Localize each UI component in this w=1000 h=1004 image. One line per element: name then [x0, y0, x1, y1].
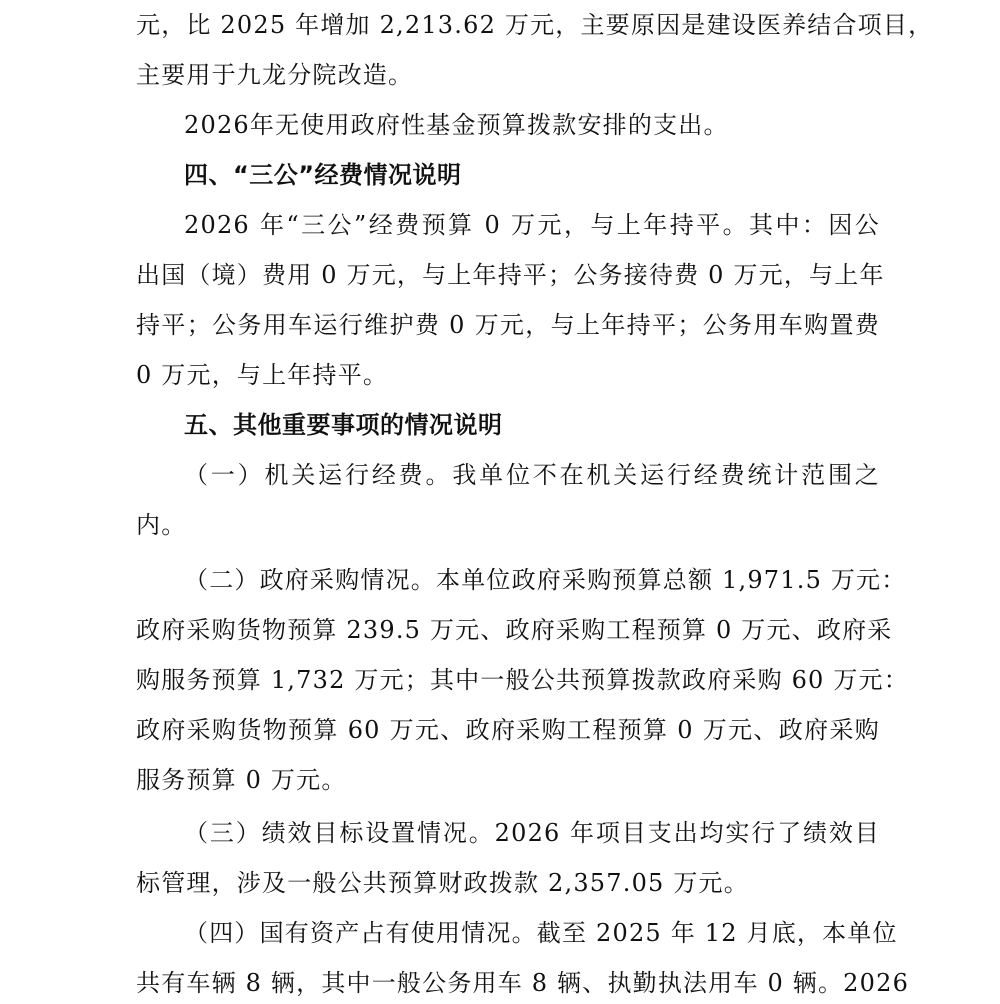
paragraph-line: 持平；公务用车运行维护费 0 万元，与上年持平；公务用车购置费: [136, 310, 880, 340]
paragraph-line: 0 万元，与上年持平。: [136, 360, 880, 390]
section-heading-other-matters: 五、其他重要事项的情况说明: [184, 410, 880, 440]
paragraph-line: 政府采购货物预算 60 万元、政府采购工程预算 0 万元、政府采购: [136, 715, 880, 745]
paragraph-line: （四）国有资产占有使用情况。截至 2025 年 12 月底，本单位: [184, 918, 880, 948]
section-heading-sangong: 四、“三公”经费情况说明: [184, 160, 880, 190]
document-page: 元，比 2025 年增加 2,213.62 万元，主要原因是建设医养结合项目， …: [0, 0, 1000, 1004]
paragraph-line: （三）绩效目标设置情况。2026 年项目支出均实行了绩效目: [184, 818, 880, 848]
paragraph-line: 内。: [136, 510, 880, 540]
paragraph-line: 出国（境）费用 0 万元，与上年持平；公务接待费 0 万元，与上年: [136, 260, 880, 290]
paragraph-line: 政府采购货物预算 239.5 万元、政府采购工程预算 0 万元、政府采: [136, 615, 880, 645]
paragraph-line: （二）政府采购情况。本单位政府采购预算总额 1,971.5 万元：: [184, 565, 880, 595]
paragraph-line: （一）机关运行经费。我单位不在机关运行经费统计范围之: [184, 460, 880, 490]
paragraph-line: 购服务预算 1,732 万元；其中一般公共预算拨款政府采购 60 万元：: [136, 665, 880, 695]
paragraph-line: 元，比 2025 年增加 2,213.62 万元，主要原因是建设医养结合项目，: [136, 10, 880, 40]
paragraph-line: 2026年无使用政府性基金预算拨款安排的支出。: [184, 110, 880, 140]
paragraph-line: 主要用于九龙分院改造。: [136, 60, 880, 90]
paragraph-line: 标管理，涉及一般公共预算财政拨款 2,357.05 万元。: [136, 868, 880, 898]
paragraph-line: 服务预算 0 万元。: [136, 765, 880, 795]
paragraph-line: 2026 年“三公”经费预算 0 万元，与上年持平。其中：因公: [184, 210, 880, 240]
paragraph-line: 共有车辆 8 辆，其中一般公务用车 8 辆、执勤执法用车 0 辆。2026: [136, 968, 880, 998]
